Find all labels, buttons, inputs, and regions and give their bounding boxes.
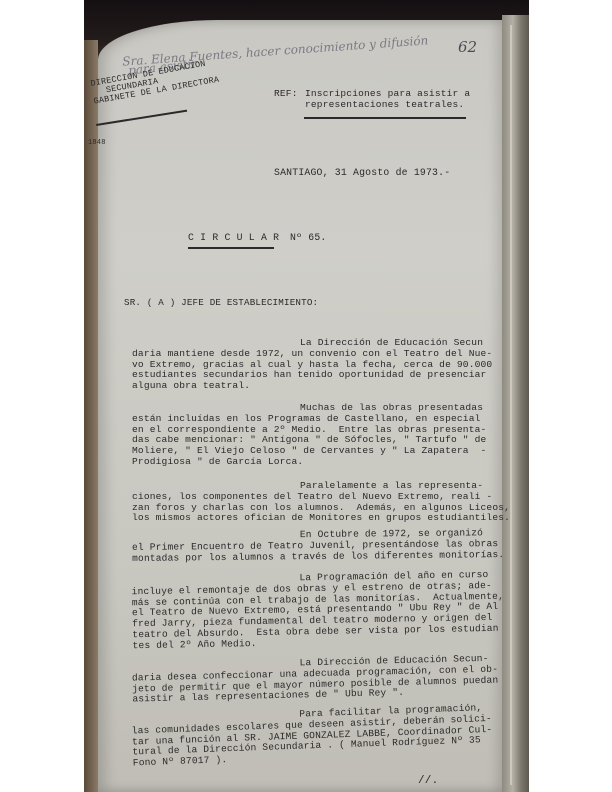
- date-line: SANTIAGO, 31 Agosto de 1973.-: [274, 167, 450, 178]
- paragraph-line: los mismos actores ofician de Monitores …: [132, 513, 502, 524]
- ref-line-1: Inscripciones para asistir a: [305, 88, 470, 99]
- page-stack-edge: [502, 15, 529, 792]
- paragraph-4: En Octubre de 1972, se organizó el Prime…: [132, 528, 502, 564]
- continuation-mark: //.: [418, 776, 438, 787]
- paragraph-1: La Dirección de Educación Secun daria ma…: [132, 338, 502, 392]
- paragraph-line: alguna obra teatral.: [132, 381, 502, 392]
- letterhead-code: 1848: [88, 138, 106, 149]
- paragraph-line: ciones, los componentes del Teatro del N…: [132, 492, 502, 503]
- book-binding-edge: [84, 40, 98, 792]
- ref-line-2: representaciones teatrales.: [305, 99, 464, 110]
- paragraph-line: Prodigiosa " de García Lorca.: [132, 457, 502, 468]
- paragraph-5: La Programación del año en curso incluye…: [131, 570, 502, 652]
- paragraph-6: La Dirección de Educación Secun- daria d…: [132, 653, 503, 705]
- paragraph-line: están incluídas en los Programas de Cast…: [132, 414, 502, 425]
- ref-underline: [304, 117, 466, 119]
- circular-underline: [188, 247, 274, 249]
- addressee: SR. ( A ) JEFE DE ESTABLECIMIENTO:: [124, 297, 318, 308]
- circular-number: Nº 65.: [290, 232, 326, 243]
- paragraph-line: daria mantiene desde 1972, un convenio c…: [132, 349, 502, 360]
- page-number: 62: [458, 38, 477, 56]
- paragraph-3: Paralelamente a las representa- ciones, …: [132, 481, 502, 524]
- ref-label: REF:: [274, 88, 298, 99]
- paragraph-2: Muchas de las obras presentadas están in…: [132, 403, 502, 468]
- circular-label: C I R C U L A R: [188, 232, 279, 243]
